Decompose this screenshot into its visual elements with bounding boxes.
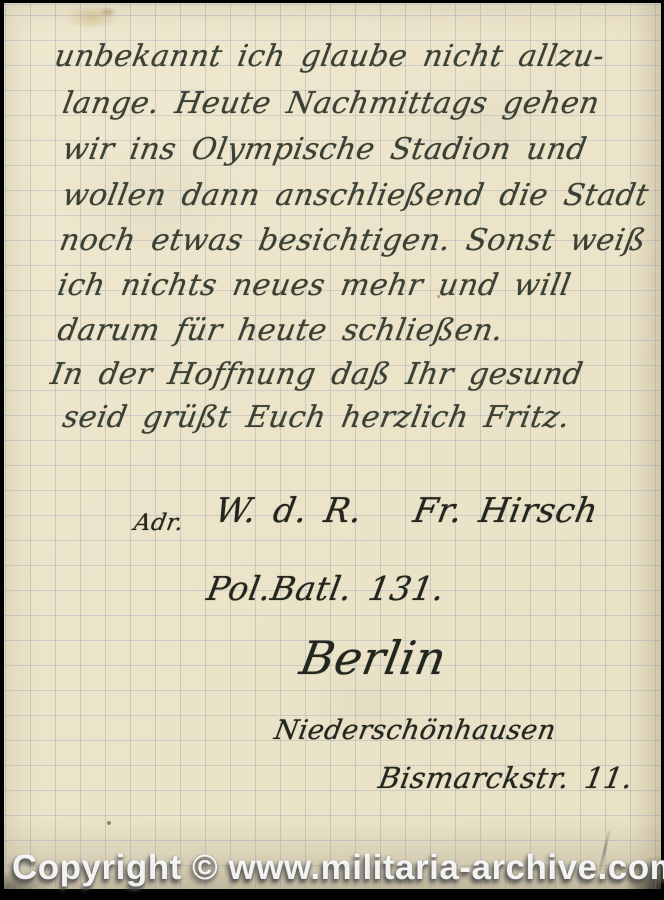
address-addressee: W. d. R. Fr. Hirsch (212, 491, 601, 531)
copyright-watermark: Copyright © www.militaria-archive.com (12, 848, 664, 888)
address-district: Niederschönhausen (272, 715, 558, 746)
address-adr-label: Adr. (132, 510, 186, 536)
paper-stain (107, 821, 111, 825)
letter-line: In der Hoffnung daß Ihr gesund (48, 357, 586, 392)
letter-line: seid grüßt Euch herzlich Fritz. (60, 400, 573, 435)
letter-page: unbekannt ich glaube nicht allzu- lange.… (4, 3, 661, 889)
letter-line: noch etwas besichtigen. Sonst weiß (57, 223, 649, 258)
letter-line: wir ins Olympische Stadion und (60, 132, 589, 167)
letter-line: ich nichts neues mehr und will (55, 268, 574, 303)
letter-line: darum für heute schließen. (55, 313, 506, 348)
address-street: Bismarckstr. 11. (376, 761, 636, 795)
letter-line: lange. Heute Nachmittags gehen (60, 86, 602, 121)
scan-border: unbekannt ich glaube nicht allzu- lange.… (0, 0, 664, 900)
paper-stain (437, 295, 440, 298)
letter-line: unbekannt ich glaube nicht allzu- (52, 39, 607, 74)
address-unit: Pol.Batl. 131. (204, 569, 448, 608)
letter-line: wollen dann anschließend die Stadt (60, 178, 651, 213)
address-city: Berlin (296, 631, 451, 685)
